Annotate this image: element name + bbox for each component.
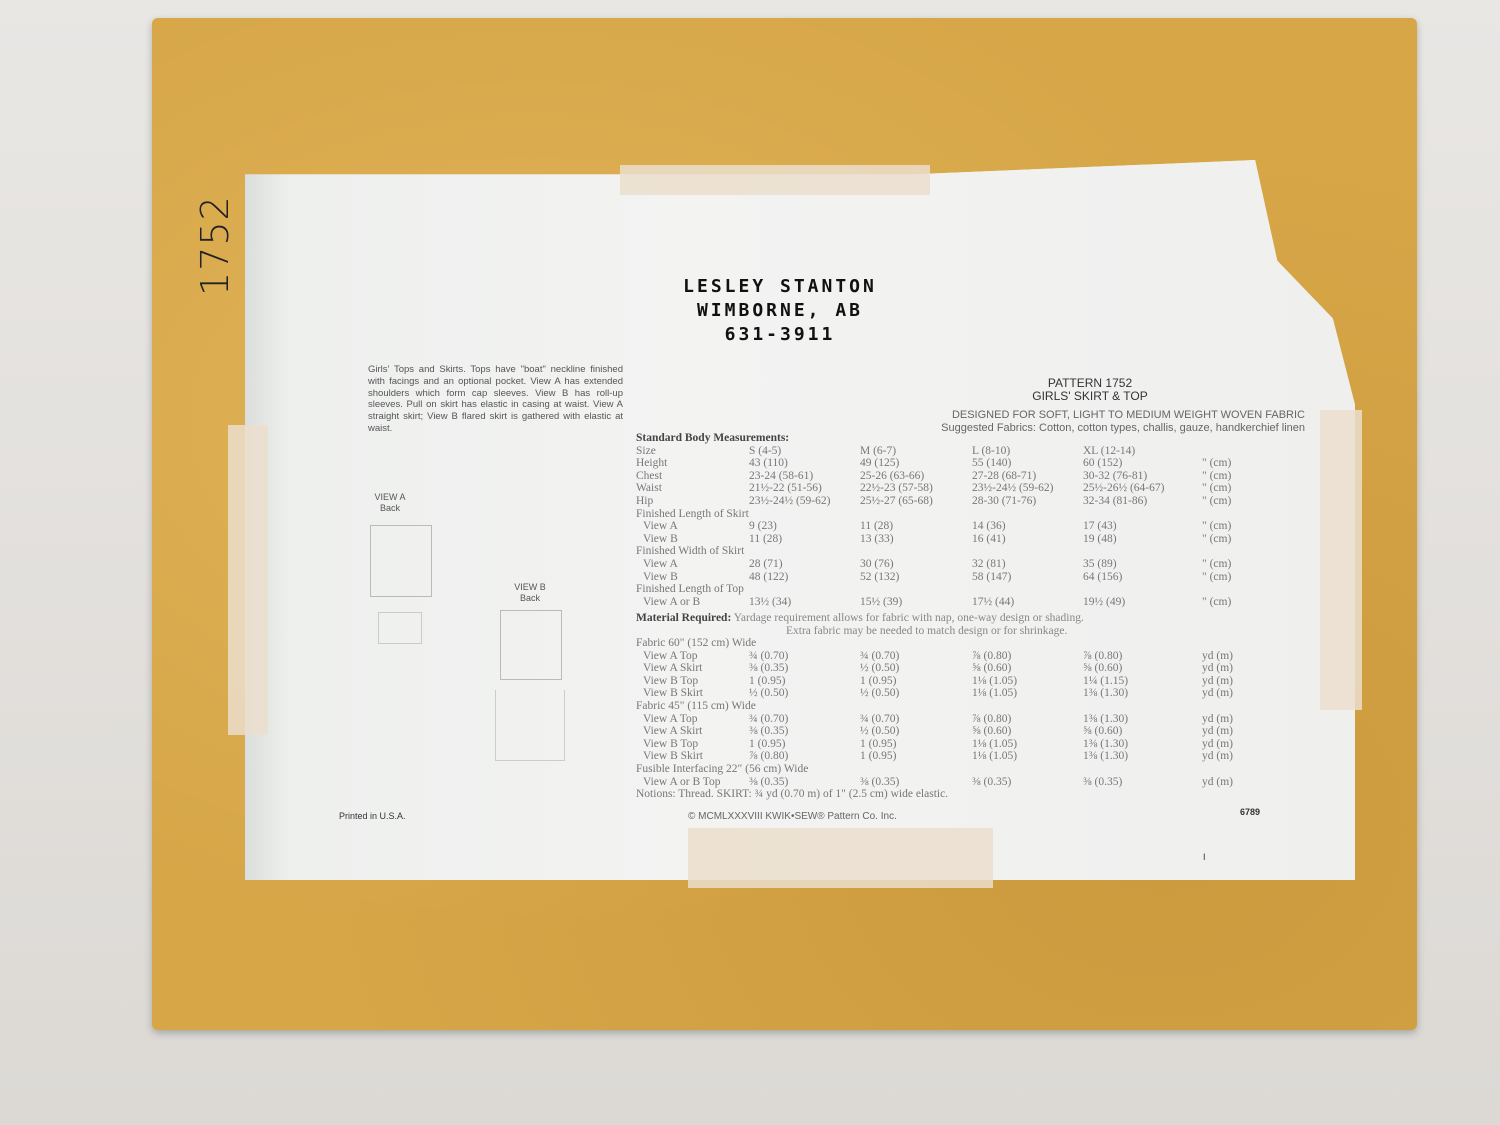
cell-l: ⅝ (0.60) xyxy=(972,662,1011,675)
cell-s: ⅜ (0.35) xyxy=(749,725,788,738)
cell-xl: 35 (89) xyxy=(1083,558,1117,571)
cell-s: 21½-22 (51-56) xyxy=(749,482,822,495)
section-header-row: Finished Length of Skirt xyxy=(636,508,1236,521)
cell-label: Finished Width of Skirt xyxy=(636,545,744,558)
section-header-row: Fabric 45" (115 cm) Wide xyxy=(636,700,1236,713)
cell-m: 1 (0.95) xyxy=(860,738,896,751)
table-row: View A or B13½ (34)15½ (39)17½ (44)19½ (… xyxy=(636,596,1236,609)
pattern-description: Girls' Tops and Skirts. Tops have "boat"… xyxy=(368,364,623,435)
cell-unit: " (cm) xyxy=(1202,571,1231,584)
cell-xl: 1⅜ (1.30) xyxy=(1083,713,1128,726)
view-b-label: VIEW B Back xyxy=(500,582,560,604)
cell-s: 13½ (34) xyxy=(749,596,791,609)
table-row: View B48 (122)52 (132)58 (147)64 (156)" … xyxy=(636,571,1236,584)
table-row: Hip23½-24½ (59-62)25½-27 (65-68)28-30 (7… xyxy=(636,495,1236,508)
cell-label: View A Top xyxy=(636,650,698,663)
cell-m: ⅜ (0.35) xyxy=(860,776,899,789)
cell-label: Size xyxy=(636,445,656,458)
cell-m: ½ (0.50) xyxy=(860,725,899,738)
cell-unit: " (cm) xyxy=(1202,457,1231,470)
cell-xl: 17 (43) xyxy=(1083,520,1117,533)
cell-l: 28-30 (71-76) xyxy=(972,495,1036,508)
tape-right xyxy=(1320,410,1362,710)
cell-unit: " (cm) xyxy=(1202,495,1231,508)
cell-m: 30 (76) xyxy=(860,558,894,571)
pattern-code: 6789 xyxy=(1240,807,1260,817)
cell-label: View A Skirt xyxy=(636,725,702,738)
cell-unit: yd (m) xyxy=(1202,725,1233,738)
view-b-top-sketch xyxy=(500,610,562,680)
cell-xl: 25½-26½ (64-67) xyxy=(1083,482,1164,495)
tape-top-left xyxy=(620,165,930,195)
cell-s: 43 (110) xyxy=(749,457,788,470)
cell-m: ½ (0.50) xyxy=(860,687,899,700)
table-row: View B Top1 (0.95)1 (0.95)1⅛ (1.05)1¼ (1… xyxy=(636,675,1236,688)
cell-label: View B Skirt xyxy=(636,687,703,700)
stamp-city: WIMBORNE, AB xyxy=(660,299,900,323)
cell-l: ⅝ (0.60) xyxy=(972,725,1011,738)
cell-label: View A Top xyxy=(636,713,698,726)
cell-m: 11 (28) xyxy=(860,520,893,533)
cell-label: Height xyxy=(636,457,667,470)
cell-unit: yd (m) xyxy=(1202,687,1233,700)
cell-l: 1⅛ (1.05) xyxy=(972,687,1017,700)
cell-m: 49 (125) xyxy=(860,457,899,470)
cell-unit: " (cm) xyxy=(1202,470,1231,483)
view-b-skirt-sketch xyxy=(495,690,565,761)
cell-s: ⅞ (0.80) xyxy=(749,750,788,763)
cell-l: 1⅛ (1.05) xyxy=(972,738,1017,751)
tape-left xyxy=(228,425,268,735)
cell-s: 23½-24½ (59-62) xyxy=(749,495,830,508)
stamp-name: LESLEY STANTON xyxy=(660,275,900,299)
table-row: View A9 (23)11 (28)14 (36)17 (43)" (cm) xyxy=(636,520,1236,533)
table-row: View A Skirt⅜ (0.35)½ (0.50)⅝ (0.60)⅝ (0… xyxy=(636,662,1236,675)
cell-label: Fabric 60" (152 cm) Wide xyxy=(636,637,756,650)
cell-l: 55 (140) xyxy=(972,457,1011,470)
cell-label: View A Skirt xyxy=(636,662,702,675)
table-row: Waist21½-22 (51-56)22½-23 (57-58)23½-24½… xyxy=(636,482,1236,495)
cell-s: 9 (23) xyxy=(749,520,777,533)
cell-unit: " (cm) xyxy=(1202,596,1231,609)
cell-m: 22½-23 (57-58) xyxy=(860,482,933,495)
cell-unit: " (cm) xyxy=(1202,533,1231,546)
cell-s: ⅜ (0.35) xyxy=(749,776,788,789)
cell-xl: XL (12-14) xyxy=(1083,445,1135,458)
cell-l: 23½-24½ (59-62) xyxy=(972,482,1053,495)
section-header-row: Finished Width of Skirt xyxy=(636,545,1236,558)
cell-unit: yd (m) xyxy=(1202,738,1233,751)
cell-m: 13 (33) xyxy=(860,533,894,546)
cell-unit: " (cm) xyxy=(1202,520,1231,533)
table-row: View A Top¾ (0.70)¾ (0.70)⅞ (0.80)⅞ (0.8… xyxy=(636,650,1236,663)
cell-s: ⅜ (0.35) xyxy=(749,662,788,675)
table-row: View B Top1 (0.95)1 (0.95)1⅛ (1.05)1⅜ (1… xyxy=(636,738,1236,751)
cell-m: M (6-7) xyxy=(860,445,896,458)
table-row: Chest23-24 (58-61)25-26 (63-66)27-28 (68… xyxy=(636,470,1236,483)
cell-label: View A or B xyxy=(636,596,700,609)
cell-xl: 32-34 (81-86) xyxy=(1083,495,1147,508)
cell-xl: 60 (152) xyxy=(1083,457,1122,470)
table-row: View B Skirt⅞ (0.80)1 (0.95)1⅛ (1.05)1⅜ … xyxy=(636,750,1236,763)
cell-xl: 1¼ (1.15) xyxy=(1083,675,1128,688)
cell-l: ⅞ (0.80) xyxy=(972,713,1011,726)
cell-unit: yd (m) xyxy=(1202,675,1233,688)
copyright-line: © MCMLXXXVIII KWIK•SEW® Pattern Co. Inc. xyxy=(688,811,897,822)
cell-s: 48 (122) xyxy=(749,571,788,584)
cell-s: 28 (71) xyxy=(749,558,783,571)
cell-s: 11 (28) xyxy=(749,533,782,546)
cell-m: ¾ (0.70) xyxy=(860,650,899,663)
cell-m: 15½ (39) xyxy=(860,596,902,609)
cell-s: 1 (0.95) xyxy=(749,675,785,688)
cell-xl: ⅞ (0.80) xyxy=(1083,650,1122,663)
cell-l: ⅞ (0.80) xyxy=(972,650,1011,663)
cell-m: 52 (132) xyxy=(860,571,899,584)
table-row: View A Skirt⅜ (0.35)½ (0.50)⅝ (0.60)⅝ (0… xyxy=(636,725,1236,738)
cell-label: Fusible Interfacing 22" (56 cm) Wide xyxy=(636,763,808,776)
cell-xl: 19½ (49) xyxy=(1083,596,1125,609)
cell-label: Waist xyxy=(636,482,662,495)
cell-label: View A or B Top xyxy=(636,776,721,789)
cell-xl: 1⅜ (1.30) xyxy=(1083,687,1128,700)
cell-unit: yd (m) xyxy=(1202,776,1233,789)
table-row: View A or B Top⅜ (0.35)⅜ (0.35)⅜ (0.35)⅜… xyxy=(636,776,1236,789)
cell-label: View B xyxy=(636,533,678,546)
measurements-title: Standard Body Measurements: xyxy=(636,432,1236,445)
view-a-skirt-sketch xyxy=(378,612,422,644)
cell-label: Chest xyxy=(636,470,662,483)
cell-m: ½ (0.50) xyxy=(860,662,899,675)
cell-l: 14 (36) xyxy=(972,520,1006,533)
measurements-table: Standard Body Measurements: SizeS (4-5)M… xyxy=(636,432,1236,608)
cell-l: 1⅛ (1.05) xyxy=(972,675,1017,688)
table-row: Height43 (110)49 (125)55 (140)60 (152)" … xyxy=(636,457,1236,470)
cell-unit: yd (m) xyxy=(1202,713,1233,726)
cell-label: Hip xyxy=(636,495,653,508)
cell-unit: yd (m) xyxy=(1202,750,1233,763)
cell-m: ¾ (0.70) xyxy=(860,713,899,726)
cell-unit: yd (m) xyxy=(1202,662,1233,675)
small-mark: I xyxy=(1203,852,1206,862)
table-row: SizeS (4-5)M (6-7)L (8-10)XL (12-14) xyxy=(636,445,1236,458)
table-row: View B11 (28)13 (33)16 (41)19 (48)" (cm) xyxy=(636,533,1236,546)
cell-s: 23-24 (58-61) xyxy=(749,470,813,483)
address-stamp: LESLEY STANTON WIMBORNE, AB 631-3911 xyxy=(660,275,900,347)
cell-s: ¾ (0.70) xyxy=(749,650,788,663)
material-required-note: Material Required: Yardage requirement a… xyxy=(636,612,1084,637)
cell-xl: 19 (48) xyxy=(1083,533,1117,546)
pattern-name: GIRLS' SKIRT & TOP xyxy=(970,390,1210,403)
notions-line: Notions: Thread. SKIRT: ¾ yd (0.70 m) of… xyxy=(636,788,1236,801)
cell-unit: yd (m) xyxy=(1202,650,1233,663)
table-row: View A Top¾ (0.70)¾ (0.70)⅞ (0.80)1⅜ (1.… xyxy=(636,713,1236,726)
cell-xl: ⅝ (0.60) xyxy=(1083,725,1122,738)
cell-label: View B xyxy=(636,571,678,584)
handwritten-pattern-number: 1752 xyxy=(185,118,235,228)
cell-xl: 30-32 (76-81) xyxy=(1083,470,1147,483)
cell-label: Fabric 45" (115 cm) Wide xyxy=(636,700,756,713)
cell-label: View B Skirt xyxy=(636,750,703,763)
view-a-top-sketch xyxy=(370,525,432,597)
cell-label: Finished Length of Skirt xyxy=(636,508,749,521)
table-row: View B Skirt½ (0.50)½ (0.50)1⅛ (1.05)1⅜ … xyxy=(636,687,1236,700)
tape-bottom xyxy=(688,828,993,888)
cell-l: 1⅛ (1.05) xyxy=(972,750,1017,763)
section-header-row: Fusible Interfacing 22" (56 cm) Wide xyxy=(636,763,1236,776)
cell-m: 25½-27 (65-68) xyxy=(860,495,933,508)
stamp-phone: 631-3911 xyxy=(660,323,900,347)
cell-l: 16 (41) xyxy=(972,533,1006,546)
cell-s: ½ (0.50) xyxy=(749,687,788,700)
cell-l: 58 (147) xyxy=(972,571,1011,584)
cell-label: Finished Length of Top xyxy=(636,583,744,596)
cell-s: ¾ (0.70) xyxy=(749,713,788,726)
pattern-title: PATTERN 1752 GIRLS' SKIRT & TOP xyxy=(970,377,1210,403)
cell-s: 1 (0.95) xyxy=(749,738,785,751)
section-header-row: Fabric 60" (152 cm) Wide xyxy=(636,637,1236,650)
yardage-table: Fabric 60" (152 cm) WideView A Top¾ (0.7… xyxy=(636,637,1236,801)
cell-unit: " (cm) xyxy=(1202,482,1231,495)
table-row: View A28 (71)30 (76)32 (81)35 (89)" (cm) xyxy=(636,558,1236,571)
printed-in-usa: Printed in U.S.A. xyxy=(339,811,406,821)
cell-label: View B Top xyxy=(636,738,698,751)
cell-l: 17½ (44) xyxy=(972,596,1014,609)
cell-xl: ⅝ (0.60) xyxy=(1083,662,1122,675)
cell-m: 1 (0.95) xyxy=(860,675,896,688)
cell-xl: 1⅜ (1.30) xyxy=(1083,750,1128,763)
view-a-label: VIEW A Back xyxy=(360,492,420,514)
cell-label: View A xyxy=(636,558,678,571)
cell-unit: " (cm) xyxy=(1202,558,1231,571)
cell-m: 25-26 (63-66) xyxy=(860,470,924,483)
cell-l: 32 (81) xyxy=(972,558,1006,571)
cell-xl: 1⅜ (1.30) xyxy=(1083,738,1128,751)
cell-xl: 64 (156) xyxy=(1083,571,1122,584)
cell-xl: ⅜ (0.35) xyxy=(1083,776,1122,789)
section-header-row: Finished Length of Top xyxy=(636,583,1236,596)
cell-l: L (8-10) xyxy=(972,445,1010,458)
cell-label: View A xyxy=(636,520,678,533)
cell-m: 1 (0.95) xyxy=(860,750,896,763)
cell-label: View B Top xyxy=(636,675,698,688)
cell-s: S (4-5) xyxy=(749,445,781,458)
cell-l: 27-28 (68-71) xyxy=(972,470,1036,483)
cell-l: ⅜ (0.35) xyxy=(972,776,1011,789)
